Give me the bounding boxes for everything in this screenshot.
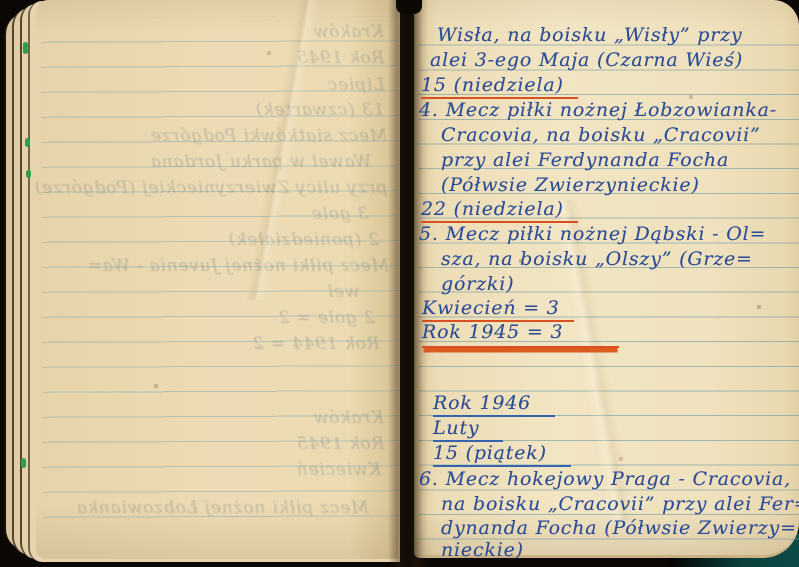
handwritten-line: górzki) [441,273,514,295]
paper-speckles [0,0,2,2]
stitch-mark [25,138,30,147]
stitch-mark [23,42,28,54]
handwritten-line: (Półwsie Zwierzynieckie) [441,174,700,196]
handwritten-line: Kwiecień = 3 [422,297,574,322]
handwritten-line: Luty [433,417,503,442]
handwritten-line: Rok 1946 [433,392,555,417]
bleedthrough-line: Kwiecień [296,460,381,480]
handwritten-line: Cracovia, na boisku „Cracovii” [441,124,761,146]
handwritten-line: dynanda Focha (Półwsie Zwierzy= [441,517,797,539]
handwritten-line: 22 (niedziela) [421,198,578,223]
bleedthrough-line: Mecz piłki nożnej Łobzowianka [76,498,369,518]
handwritten-line: 15 (niedziela) [421,74,578,99]
handwritten-line: 6. Mecz hokejowy Praga - Cracovia, [419,468,791,490]
handwritten-line: nieckie) [441,539,524,561]
bleedthrough-line: Kraków [313,408,384,428]
handwritten-line: sza, na boisku „Olszy” (Grze= [441,248,753,270]
handwritten-line: Rok 1945 = 3 [422,321,619,348]
handwritten-line: Wisła, na boisku „Wisły” przy [437,24,742,46]
bleedthrough-line: Rok 1944 = 2 [252,334,379,354]
handwritten-line: alei 3-ego Maja (Czarna Wieś) [430,49,743,71]
handwritten-line: przy alei Ferdynanda Focha [441,149,729,171]
bleedthrough-line: Rok 1945 [296,434,384,454]
notebook-scan: Kraków Rok 1945 Lipiec 13 (czwartek) Mec… [0,0,799,567]
handwritten-line: 15 (piątek) [433,442,571,467]
stitch-mark [21,458,26,468]
gutter-shadow-top [396,0,422,14]
bleedthrough-line: 2 gole = 2 [278,308,375,328]
handwritten-line: na boisku „Cracovii” przy alei Fer= [441,493,799,515]
paper-crease [200,0,360,300]
handwritten-line: 4. Mecz piłki nożnej Łobzowianka- [419,99,777,121]
handwritten-line: 5. Mecz piłki nożnej Dąbski - Ol= [419,223,766,245]
stitch-mark [26,170,31,178]
